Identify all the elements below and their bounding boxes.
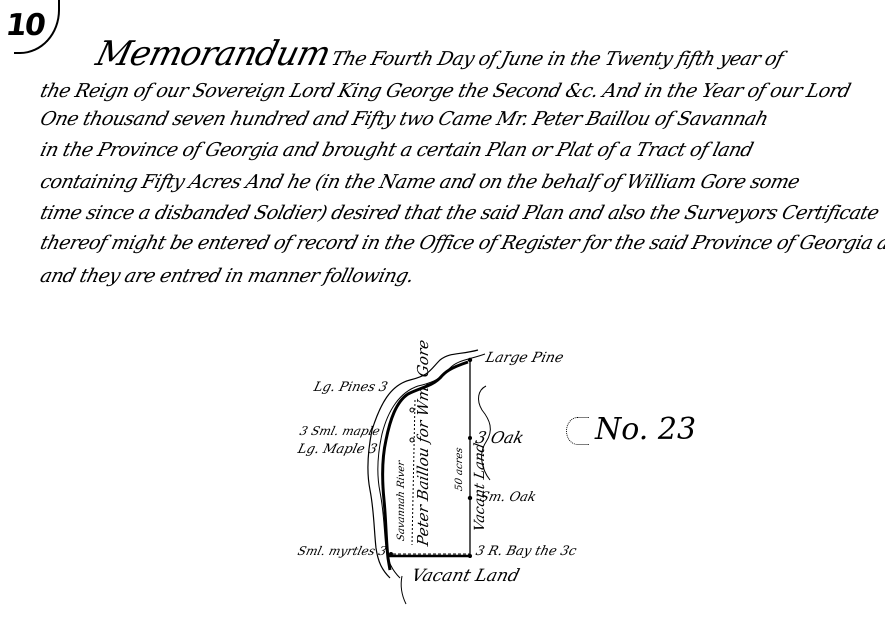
- plat-vertical-chain: 50 acres: [454, 447, 465, 492]
- plat-number-label: No. 23: [566, 412, 696, 447]
- memorandum-line-7: thereof might be entered of record in th…: [38, 232, 885, 254]
- memorandum-line-1: MemorandumThe Fourth Day of June in the …: [92, 34, 789, 74]
- memorandum-line-1-text: The Fourth Day of June in the Twenty fif…: [329, 48, 785, 70]
- document-page: 10 MemorandumThe Fourth Day of June in t…: [0, 0, 885, 621]
- plat-vertical-owner: Peter Baillou for Wm. Gore: [414, 338, 432, 547]
- plat-label-lg-maple: Lg. Maple 3: [296, 442, 379, 457]
- memorandum-line-4: in the Province of Georgia and brought a…: [38, 139, 755, 161]
- plat-vertical-vacant-land: Vacant Land: [472, 442, 488, 533]
- plat-label-sml-maple: 3 Sml. maple: [298, 424, 381, 438]
- plat-label-r-bay: 3 R. Bay the 3c: [474, 544, 578, 559]
- memorandum-line-5: containing Fifty Acres And he (in the Na…: [38, 171, 802, 193]
- memorandum-heading: Memorandum: [92, 34, 334, 74]
- plat-label-large-pine: Large Pine: [484, 350, 565, 366]
- flourish-icon: [566, 417, 589, 445]
- memorandum-line-2: the Reign of our Sovereign Lord King Geo…: [38, 80, 853, 102]
- page-number: 10: [4, 8, 47, 43]
- plat-vertical-river: Savannah River: [396, 460, 407, 542]
- plat-diagram: Large Pine Lg. Pines 3 3 Sml. maple Lg. …: [290, 330, 690, 620]
- plat-label-vacant-land-bottom: Vacant Land: [410, 566, 522, 586]
- memorandum-line-8: and they are entred in manner following.: [38, 265, 416, 287]
- plat-label-sml-myrtles: Sml. myrtles 3: [296, 544, 388, 558]
- plat-number-text: No. 23: [595, 412, 696, 447]
- memorandum-line-3: One thousand seven hundred and Fifty two…: [38, 108, 770, 130]
- memorandum-line-6: time since a disbanded Soldier) desired …: [38, 202, 881, 224]
- plat-label-lg-pines: Lg. Pines 3: [312, 380, 389, 395]
